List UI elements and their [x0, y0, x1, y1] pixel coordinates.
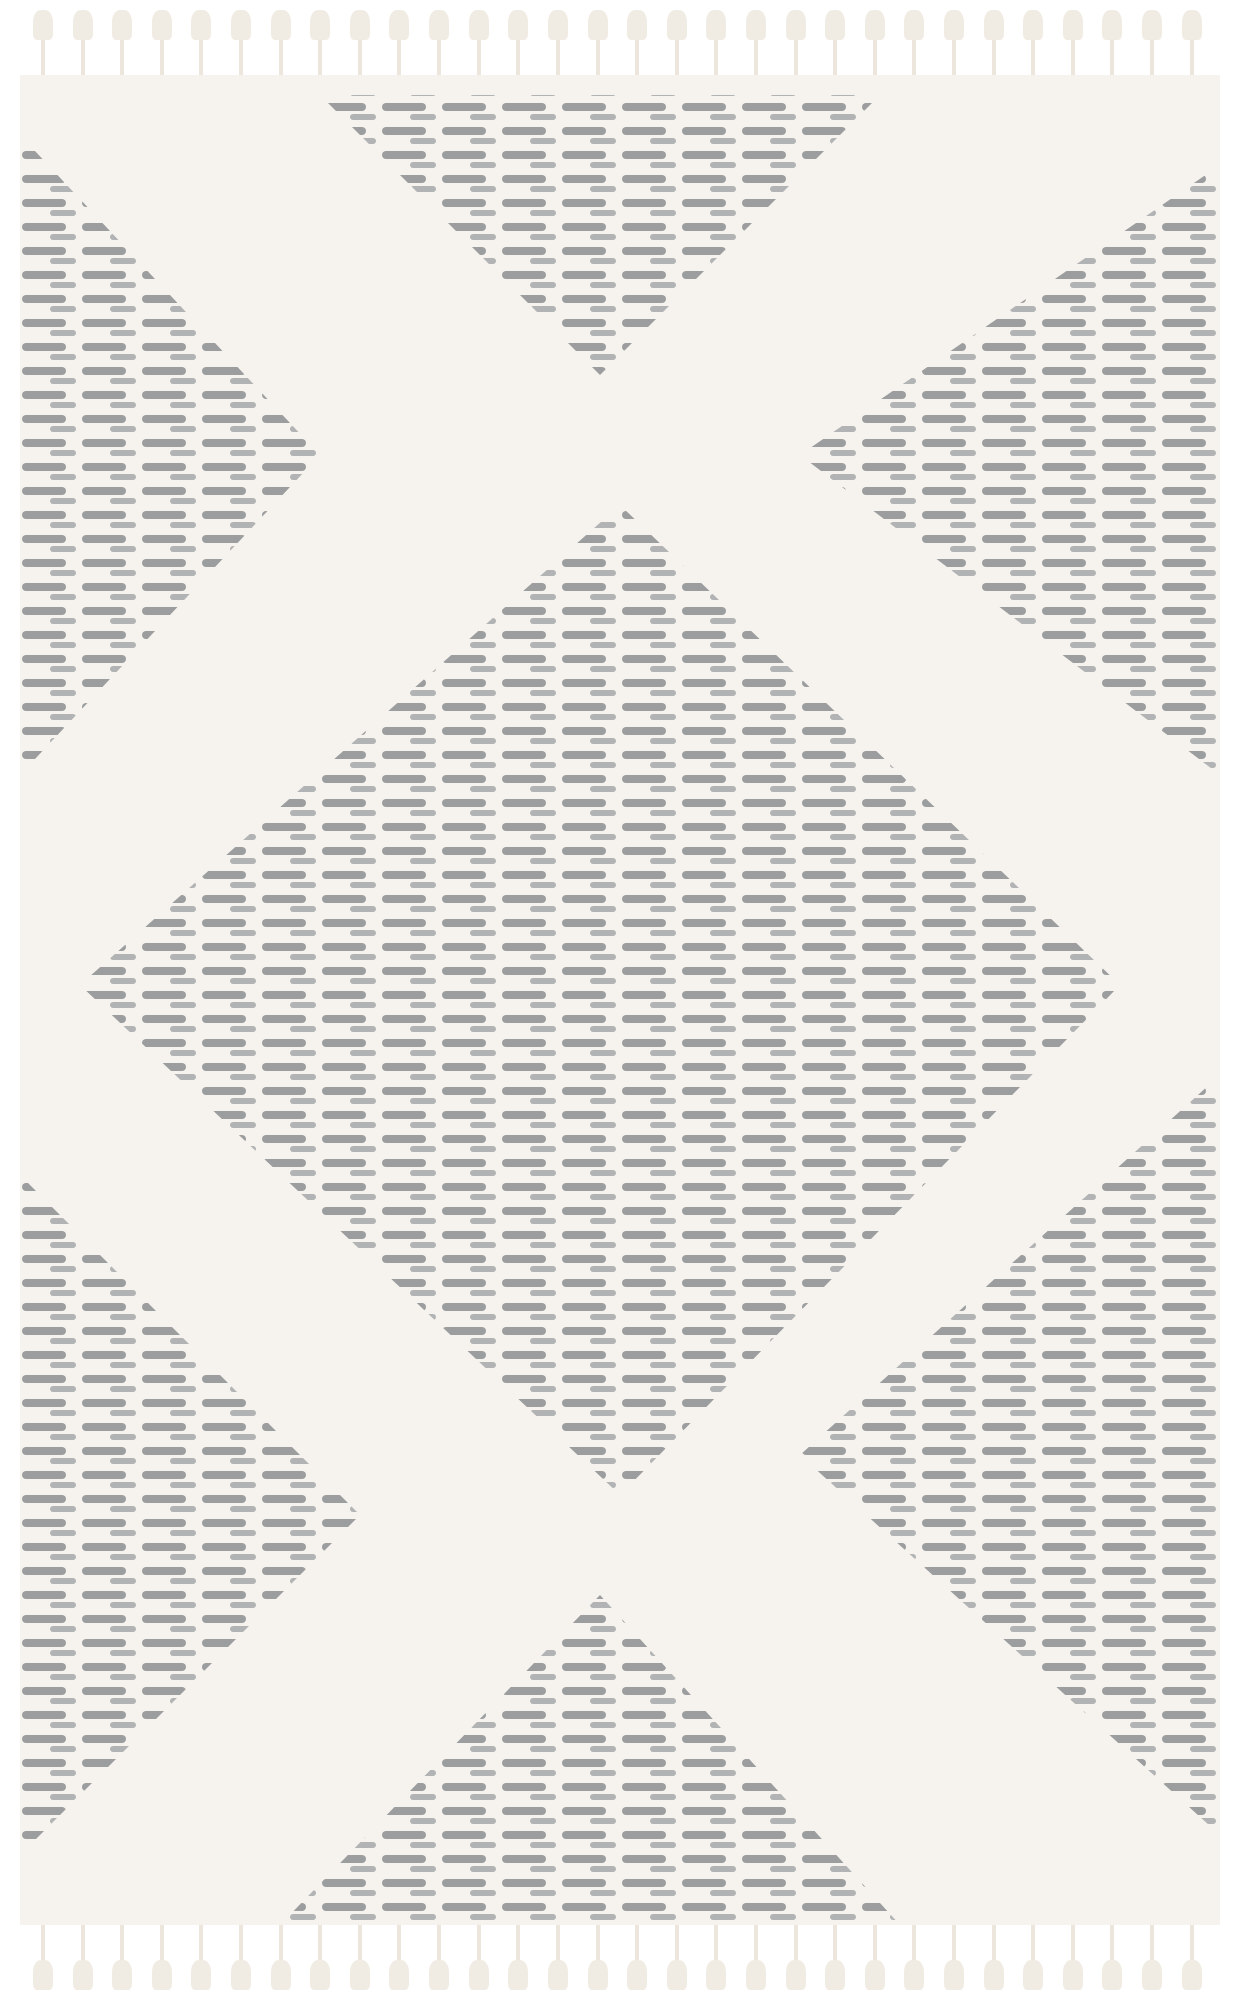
tassel [1020, 1920, 1046, 1990]
tassel [268, 10, 294, 80]
tassel [109, 1920, 135, 1990]
tassel [466, 10, 492, 80]
tassel [545, 10, 571, 80]
tassel [1179, 10, 1205, 80]
top-fringe [30, 10, 1205, 80]
tassel [941, 1920, 967, 1990]
tassel [1139, 1920, 1165, 1990]
tassel [149, 10, 175, 80]
tassel [347, 1920, 373, 1990]
tassel [505, 1920, 531, 1990]
tassel [70, 1920, 96, 1990]
tassel [1099, 10, 1125, 80]
tassel [545, 1920, 571, 1990]
tassel [743, 10, 769, 80]
tassel [703, 1920, 729, 1990]
tassel [783, 1920, 809, 1990]
tassel [585, 1920, 611, 1990]
tassel [109, 10, 135, 80]
tassel [466, 1920, 492, 1990]
tassel [783, 10, 809, 80]
tassel [1179, 1920, 1205, 1990]
tassel [386, 1920, 412, 1990]
tassel [743, 1920, 769, 1990]
bottom-fringe [30, 1920, 1205, 1990]
tassel [188, 1920, 214, 1990]
tassel [268, 1920, 294, 1990]
tassel [228, 1920, 254, 1990]
rug-pattern [20, 75, 1220, 1925]
tassel [228, 10, 254, 80]
tassel [1020, 10, 1046, 80]
tassel [822, 10, 848, 80]
tassel [585, 10, 611, 80]
rug [20, 75, 1220, 1925]
tassel [307, 10, 333, 80]
tassel [1139, 10, 1165, 80]
tassel [1099, 1920, 1125, 1990]
tassel [30, 10, 56, 80]
tassel [664, 10, 690, 80]
tassel [347, 10, 373, 80]
tassel [426, 10, 452, 80]
tassel [386, 10, 412, 80]
tassel [862, 1920, 888, 1990]
tassel [30, 1920, 56, 1990]
tassel [981, 10, 1007, 80]
tassel [505, 10, 531, 80]
tassel [664, 1920, 690, 1990]
tassel [1060, 10, 1086, 80]
tassel [188, 10, 214, 80]
tassel [624, 1920, 650, 1990]
tassel [426, 1920, 452, 1990]
tassel [822, 1920, 848, 1990]
tassel [941, 10, 967, 80]
tassel [862, 10, 888, 80]
tassel [901, 1920, 927, 1990]
tassel [307, 1920, 333, 1990]
tassel [901, 10, 927, 80]
tassel [70, 10, 96, 80]
tassel [981, 1920, 1007, 1990]
tassel [1060, 1920, 1086, 1990]
tassel [624, 10, 650, 80]
tassel [149, 1920, 175, 1990]
tassel [703, 10, 729, 80]
